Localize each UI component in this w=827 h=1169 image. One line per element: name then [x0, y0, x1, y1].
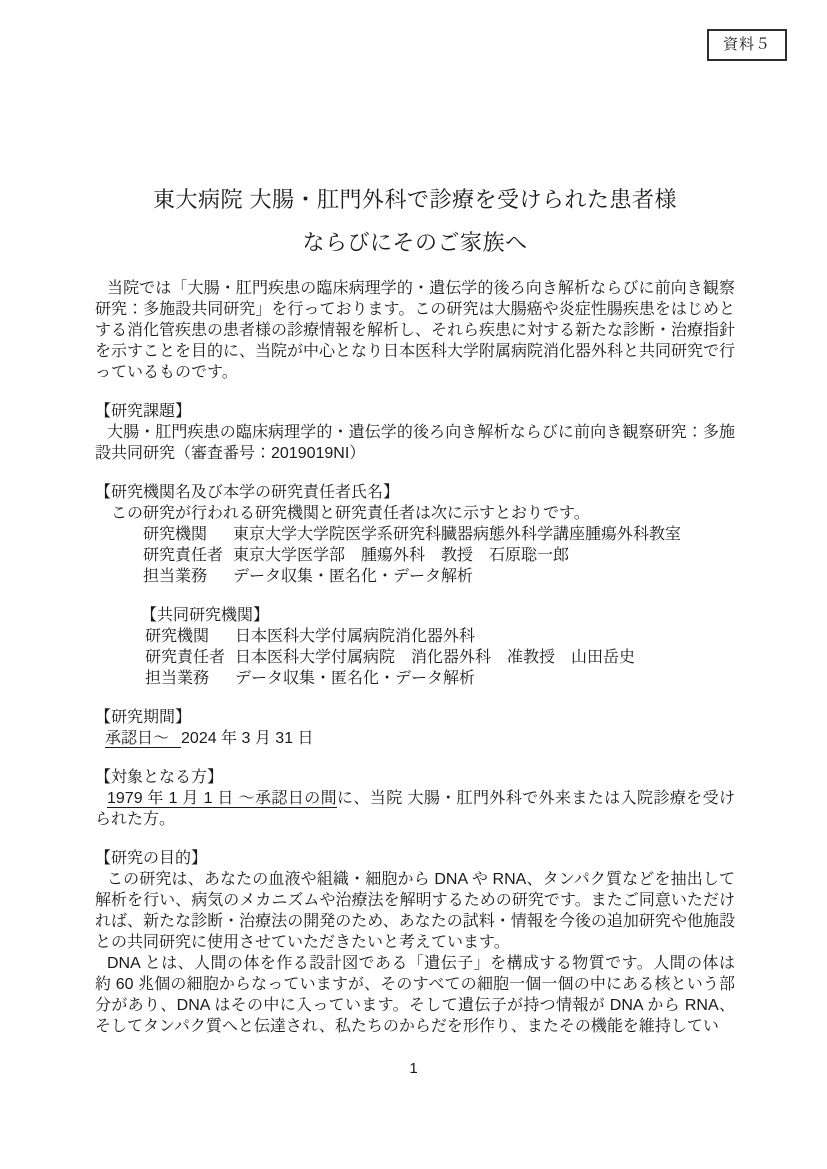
document-title-line2: ならびにそのご家族へ — [95, 221, 735, 264]
purpose-paragraph-1: この研究は、あなたの血液や組織・細胞から DNA や RNA、タンパク質などを抽… — [95, 869, 735, 953]
row-value: 日本医科大学付属病院消化器外科 — [235, 626, 735, 647]
purpose-paragraph-2: DNA とは、人間の体を作る設計図である「遺伝子」を構成する物質です。人間の体は… — [95, 953, 735, 1037]
section-subjects: 【対象となる方】 1979 年 1 月 1 日 ～承認日の間に、当院 大腸・肛門… — [95, 767, 735, 830]
section-heading: 【共同研究機関】 — [95, 605, 735, 626]
institutions-rows: 研究機関 東京大学大学院医学系研究科臓器病態外科学講座腫瘍外科教室 研究責任者 … — [95, 524, 735, 587]
period-underlined-text: 承認日～ — [105, 730, 181, 748]
document-title-line1: 東大病院 大腸・肛門外科で診療を受けられた患者様 — [95, 178, 735, 221]
row-value: 東京大学医学部 腫瘍外科 教授 石原聡一郎 — [233, 545, 735, 566]
section-institutions: 【研究機関名及び本学の研究責任者氏名】 この研究が行われる研究機関と研究責任者は… — [95, 482, 735, 587]
row-label: 研究機関 — [145, 626, 235, 647]
document-reference-tag: 資料５ — [707, 29, 787, 61]
intro-paragraph: 当院では「大腸・肛門疾患の臨床病理学的・遺伝学的後ろ向き解析ならびに前向き観察研… — [95, 278, 735, 383]
section-heading: 【研究の目的】 — [95, 848, 735, 869]
table-row: 担当業務 データ収集・匿名化・データ解析 — [143, 566, 735, 587]
section-collaborators: 【共同研究機関】 研究機関 日本医科大学付属病院消化器外科 研究責任者 日本医科… — [95, 605, 735, 689]
row-value: データ収集・匿名化・データ解析 — [235, 668, 735, 689]
institutions-intro: この研究が行われる研究機関と研究責任者は次に示すとおりです。 — [95, 503, 735, 524]
row-label: 担当業務 — [145, 668, 235, 689]
collaborators-rows: 研究機関 日本医科大学付属病院消化器外科 研究責任者 日本医科大学付属病院 消化… — [95, 626, 735, 689]
period-rest-text: 2024 年 3 月 31 日 — [181, 730, 314, 747]
row-label: 研究責任者 — [143, 545, 233, 566]
section-purpose: 【研究の目的】 この研究は、あなたの血液や組織・細胞から DNA や RNA、タ… — [95, 848, 735, 1037]
research-topic-body: 大腸・肛門疾患の臨床病理学的・遺伝学的後ろ向き解析ならびに前向き観察研究：多施設… — [95, 422, 735, 464]
period-value: 承認日～2024 年 3 月 31 日 — [95, 728, 735, 749]
section-period: 【研究期間】 承認日～2024 年 3 月 31 日 — [95, 707, 735, 749]
page-number: 1 — [0, 1058, 827, 1079]
row-value: データ収集・匿名化・データ解析 — [233, 566, 735, 587]
table-row: 担当業務 データ収集・匿名化・データ解析 — [145, 668, 735, 689]
table-row: 研究責任者 東京大学医学部 腫瘍外科 教授 石原聡一郎 — [143, 545, 735, 566]
table-row: 研究機関 東京大学大学院医学系研究科臓器病態外科学講座腫瘍外科教室 — [143, 524, 735, 545]
section-heading: 【研究課題】 — [95, 401, 735, 422]
section-research-topic: 【研究課題】 大腸・肛門疾患の臨床病理学的・遺伝学的後ろ向き解析ならびに前向き観… — [95, 401, 735, 464]
document-title: 東大病院 大腸・肛門外科で診療を受けられた患者様 ならびにそのご家族へ — [95, 178, 735, 264]
row-label: 研究責任者 — [145, 647, 235, 668]
row-value: 日本医科大学付属病院 消化器外科 准教授 山田岳史 — [235, 647, 735, 668]
subjects-underlined-text: 1979 年 1 月 1 日 ～承認日の間 — [107, 790, 337, 808]
row-label: 担当業務 — [143, 566, 233, 587]
document-page: 資料５ 東大病院 大腸・肛門外科で診療を受けられた患者様 ならびにそのご家族へ … — [0, 0, 827, 1169]
table-row: 研究責任者 日本医科大学付属病院 消化器外科 准教授 山田岳史 — [145, 647, 735, 668]
row-value: 東京大学大学院医学系研究科臓器病態外科学講座腫瘍外科教室 — [233, 524, 735, 545]
section-heading: 【研究機関名及び本学の研究責任者氏名】 — [95, 482, 735, 503]
section-heading: 【対象となる方】 — [95, 767, 735, 788]
row-label: 研究機関 — [143, 524, 233, 545]
subjects-body: 1979 年 1 月 1 日 ～承認日の間に、当院 大腸・肛門外科で外来または入… — [95, 788, 735, 830]
section-heading: 【研究期間】 — [95, 707, 735, 728]
table-row: 研究機関 日本医科大学付属病院消化器外科 — [145, 626, 735, 647]
